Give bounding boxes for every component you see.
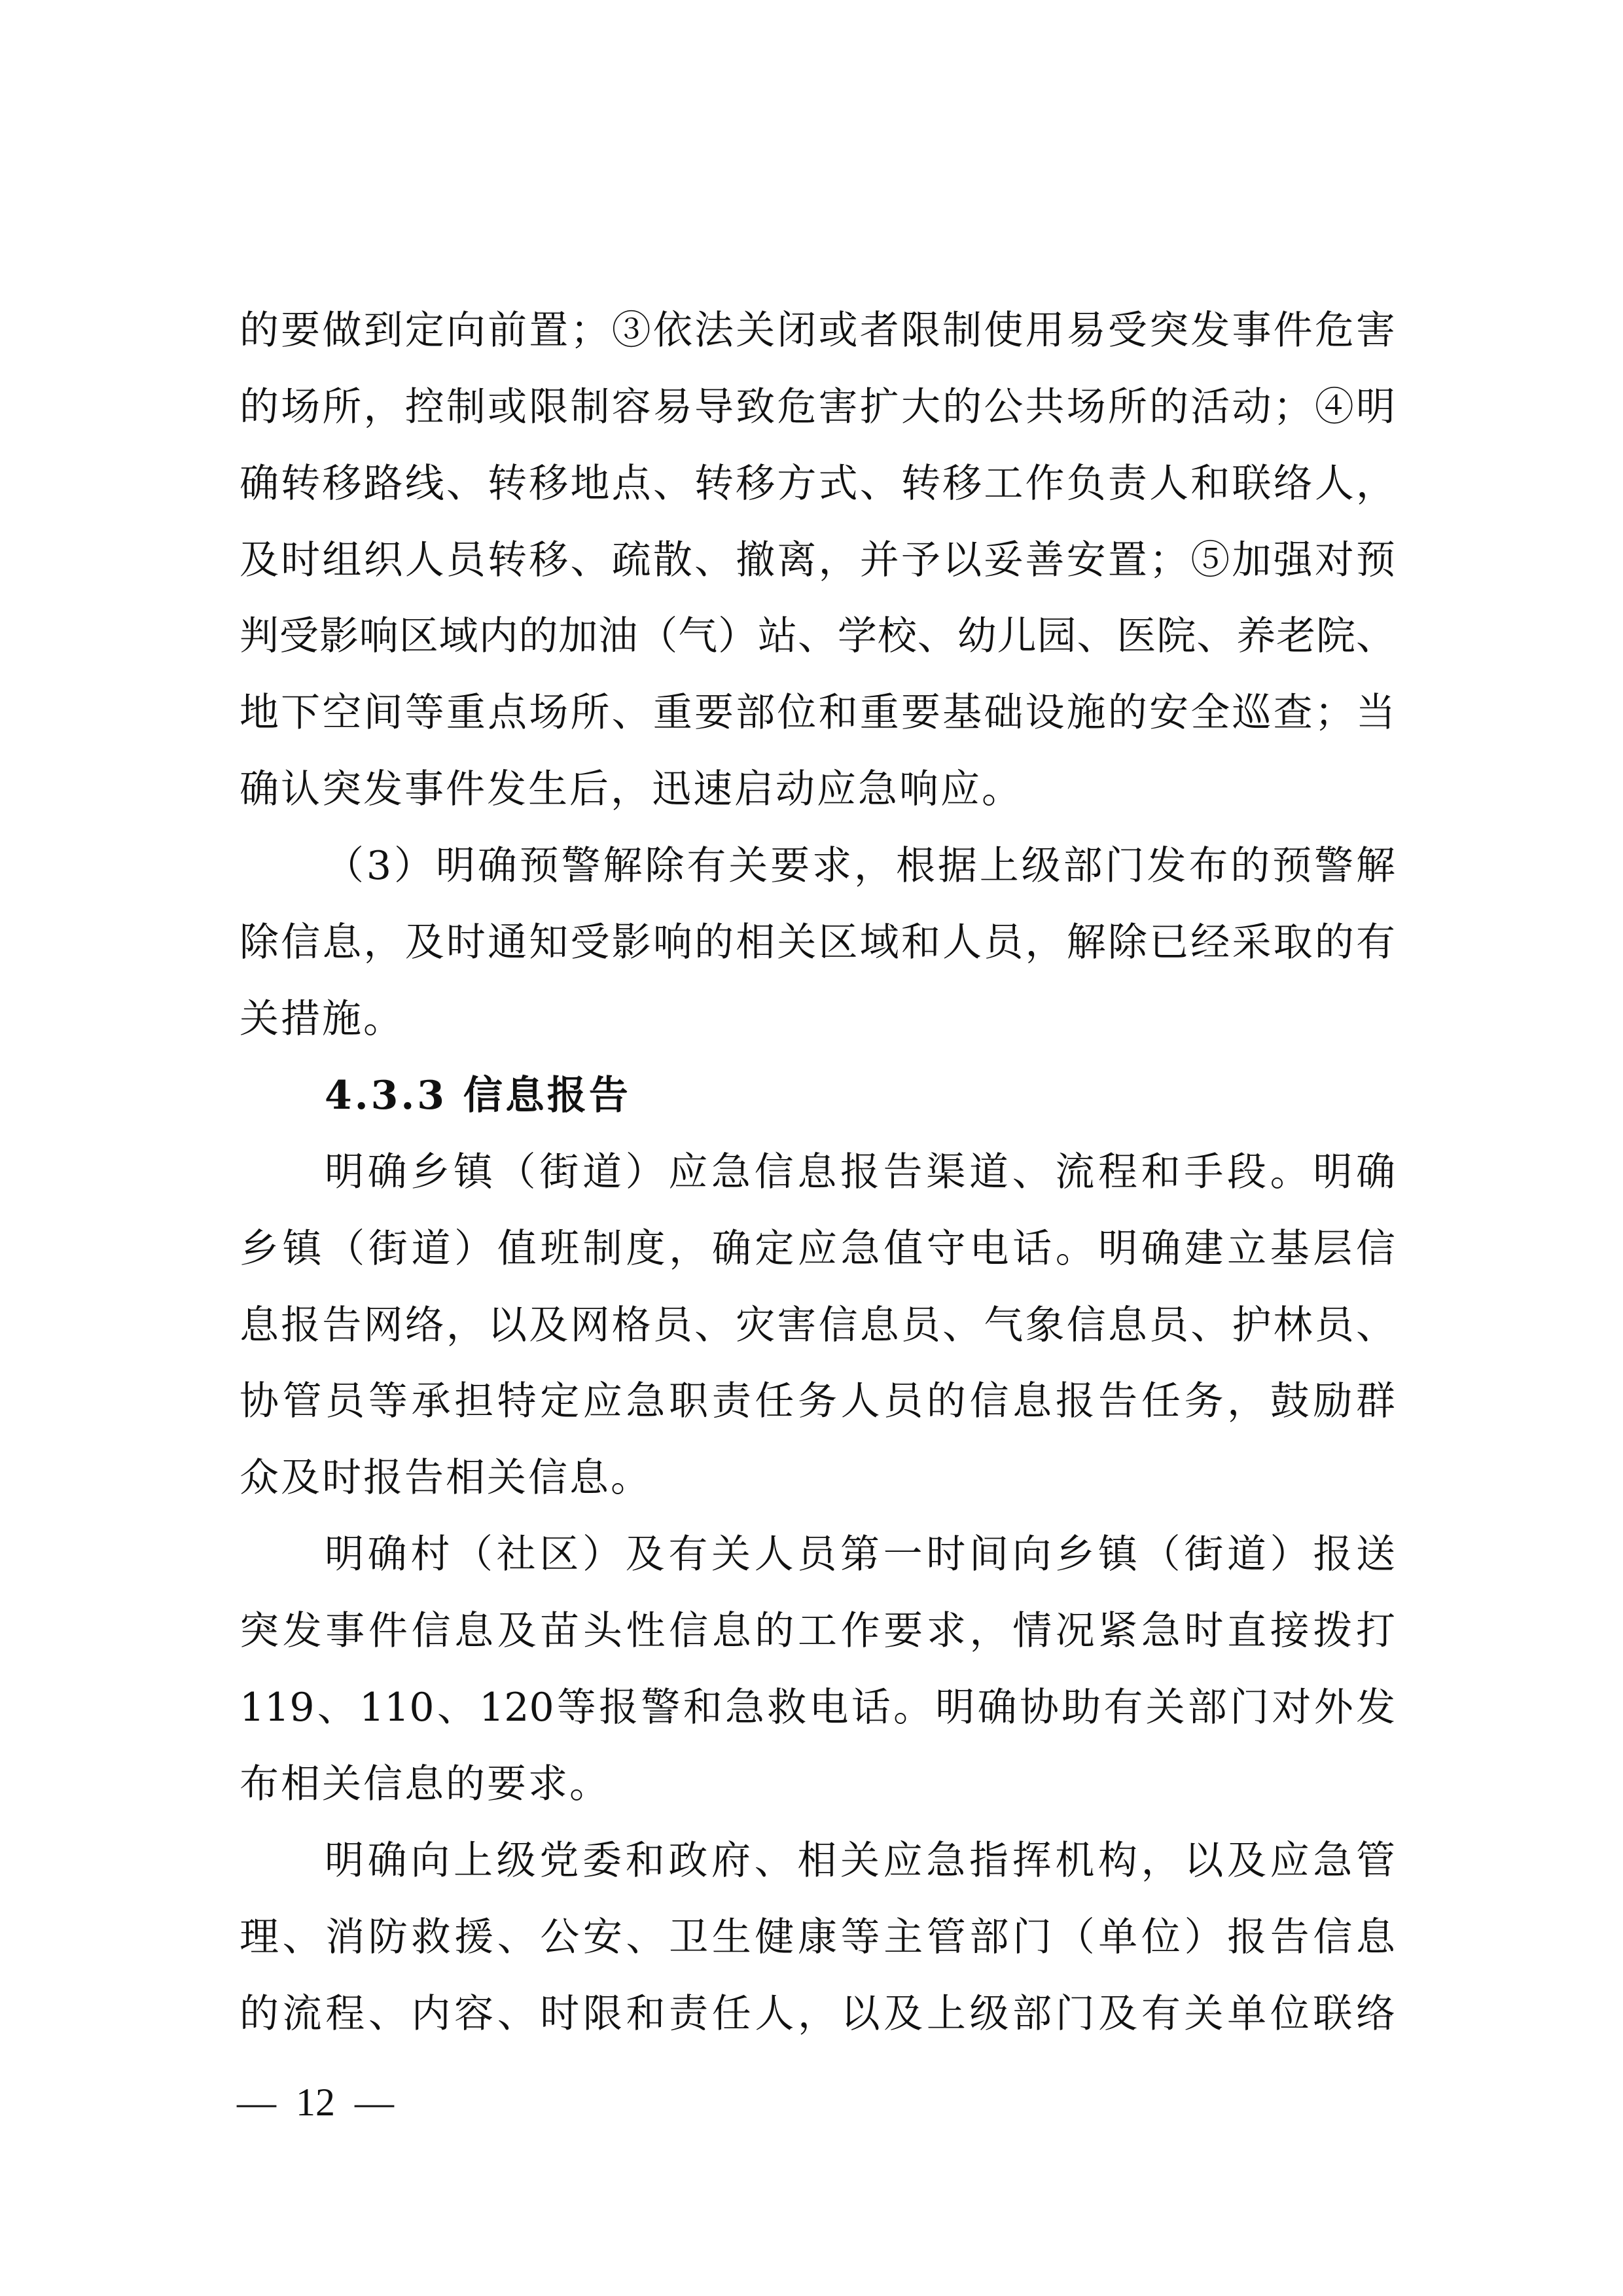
body-text-line: 除信息，及时通知受影响的相关区域和人员，解除已经采取的有 [240,905,1395,981]
body-text-line: 息报告网络，以及网格员、灾害信息员、气象信息员、护林员、 [240,1287,1395,1364]
paragraph-first-line: 明确村（社区）及有关人员第一时间向乡镇（街道）报送 [240,1516,1395,1593]
body-text-line: 及时组织人员转移、疏散、撤离，并予以妥善安置；⑤加强对预 [240,522,1395,599]
body-text-line: 确认突发事件发生后，迅速启动应急响应。 [240,751,1395,828]
body-text-line: 理、消防救援、公安、卫生健康等主管部门（单位）报告信息 [240,1899,1395,1976]
document-page: 的要做到定向前置；③依法关闭或者限制使用易受突发事件危害 的场所，控制或限制容易… [0,0,1623,2296]
body-text-line: 乡镇（街道）值班制度，确定应急值守电话。明确建立基层信 [240,1211,1395,1287]
body-text-line: 众及时报告相关信息。 [240,1440,1395,1516]
paragraph-first-line: 明确向上级党委和政府、相关应急指挥机构，以及应急管 [240,1823,1395,1899]
paragraph-first-line: 明确乡镇（街道）应急信息报告渠道、流程和手段。明确 [240,1134,1395,1211]
body-text-line: 关措施。 [240,981,1395,1058]
section-heading: 4.3.3 信息报告 [240,1058,1395,1134]
body-text-line: 119、110、120等报警和急救电话。明确协助有关部门对外发 [240,1670,1395,1746]
body-text-line: 判受影响区域内的加油（气）站、学校、幼儿园、医院、养老院、 [240,598,1395,675]
page-number: — 12 — [237,2075,394,2130]
body-text-line: 的流程、内容、时限和责任人，以及上级部门及有关单位联络 [240,1976,1395,2053]
body-text-line: 的场所，控制或限制容易导致危害扩大的公共场所的活动；④明 [240,369,1395,446]
body-text-line: 布相关信息的要求。 [240,1746,1395,1823]
paragraph-first-line: （3）明确预警解除有关要求，根据上级部门发布的预警解 [240,828,1395,905]
body-text-line: 的要做到定向前置；③依法关闭或者限制使用易受突发事件危害 [240,293,1395,369]
body-text-line: 突发事件信息及苗头性信息的工作要求，情况紧急时直接拨打 [240,1593,1395,1670]
body-text-line: 地下空间等重点场所、重要部位和重要基础设施的安全巡查；当 [240,675,1395,751]
body-text-line: 协管员等承担特定应急职责任务人员的信息报告任务，鼓励群 [240,1363,1395,1440]
body-text-line: 确转移路线、转移地点、转移方式、转移工作负责人和联络人， [240,446,1395,522]
